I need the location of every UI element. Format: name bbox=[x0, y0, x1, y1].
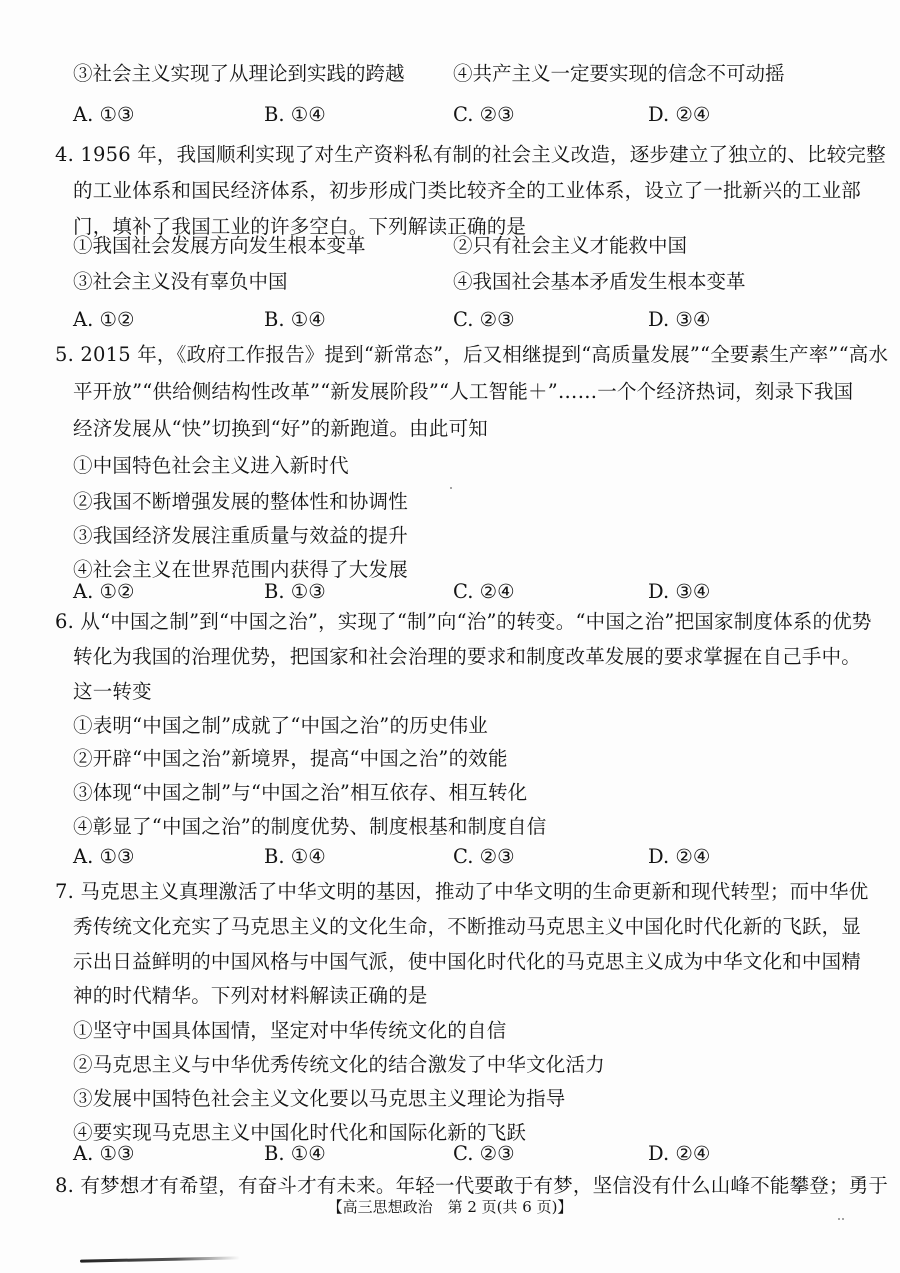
q7-stem-line-2: 秀传统文化充实了马克思主义的文化生命，不断推动马克思主义中国化时代化新的飞跃，显 bbox=[73, 913, 861, 941]
q6-stem-line-3: 这一转变 bbox=[73, 678, 152, 706]
q6-option-1: ①表明“中国之制”成就了“中国之治”的历史伟业 bbox=[73, 712, 488, 740]
q3-choice-a: A. ①③ bbox=[73, 101, 134, 129]
q7-option-1: ①坚守中国具体国情，坚定对中华传统文化的自信 bbox=[73, 1017, 506, 1045]
scan-speck bbox=[842, 1218, 844, 1220]
q6-choice-a: A. ①③ bbox=[73, 843, 134, 871]
q5-option-1: ①中国特色社会主义进入新时代 bbox=[73, 452, 349, 480]
q7-stem-line-1: 7. 马克思主义真理激活了中华文明的基因，推动了中华文明的生命更新和现代转型；而… bbox=[55, 878, 868, 906]
q7-option-3: ③发展中国特色社会主义文化要以马克思主义理论为指导 bbox=[73, 1085, 566, 1113]
q6-stem-line-1: 6. 从“中国之制”到“中国之治”，实现了“制”向“治”的转变。“中国之治”把国… bbox=[55, 608, 872, 636]
q6-option-2: ②开辟“中国之治”新境界，提高“中国之治”的效能 bbox=[73, 745, 508, 773]
exam-page: ③社会主义实现了从理论到实践的跨越 ④共产主义一定要实现的信念不可动摇 A. ①… bbox=[0, 0, 900, 1273]
q6-choice-d: D. ②④ bbox=[648, 843, 710, 871]
q3-option-3: ③社会主义实现了从理论到实践的跨越 bbox=[73, 60, 405, 88]
page-footer: 【高三思想政治 第 2 页(共 6 页)】 bbox=[0, 1196, 900, 1218]
q7-choice-a: A. ①③ bbox=[73, 1140, 134, 1168]
q3-option-4: ④共产主义一定要实现的信念不可动摇 bbox=[453, 60, 785, 88]
q3-choice-d: D. ②④ bbox=[648, 101, 710, 129]
q5-choice-b: B. ①③ bbox=[264, 578, 326, 606]
q6-option-4: ④彰显了“中国之治”的制度优势、制度根基和制度自信 bbox=[73, 813, 546, 841]
q4-option-3: ③社会主义没有辜负中国 bbox=[73, 268, 288, 296]
q6-stem-line-2: 转化为我国的治理优势，把国家和社会治理的要求和制度改革发展的要求掌握在自己手中。 bbox=[73, 643, 861, 671]
q5-choice-c: C. ②④ bbox=[453, 578, 515, 606]
q5-option-2: ②我国不断增强发展的整体性和协调性 bbox=[73, 488, 408, 516]
q7-stem-line-4: 神的时代精华。下列对材料解读正确的是 bbox=[73, 982, 428, 1010]
q5-stem-line-2: 平开放”“供给侧结构性改革”“新发展阶段”“人工智能＋”……一个个经济热词，刻录… bbox=[73, 378, 853, 406]
q7-choice-d: D. ②④ bbox=[648, 1140, 710, 1168]
scan-smudge-mark bbox=[80, 1256, 240, 1262]
q6-option-3: ③体现“中国之制”与“中国之治”相互依存、相互转化 bbox=[73, 779, 527, 807]
q5-stem-line-1: 5. 2015 年，《政府工作报告》提到“新常态”，后又相继提到“高质量发展”“… bbox=[55, 341, 888, 369]
q4-option-1: ①我国社会发展方向发生根本变革 bbox=[73, 232, 366, 260]
q7-choice-c: C. ②③ bbox=[453, 1140, 515, 1168]
q5-option-3: ③我国经济发展注重质量与效益的提升 bbox=[73, 522, 408, 550]
q4-choice-b: B. ①④ bbox=[264, 306, 326, 334]
q4-choice-d: D. ③④ bbox=[648, 306, 710, 334]
scan-speck bbox=[838, 1218, 840, 1220]
q4-choice-c: C. ②③ bbox=[453, 306, 515, 334]
q4-stem-line-2: 的工业体系和国民经济体系，初步形成门类比较齐全的工业体系，设立了一批新兴的工业部 bbox=[73, 177, 861, 205]
q6-choice-c: C. ②③ bbox=[453, 843, 515, 871]
q3-choice-c: C. ②③ bbox=[453, 101, 515, 129]
q7-choice-b: B. ①④ bbox=[264, 1140, 326, 1168]
q7-option-2: ②马克思主义与中华优秀传统文化的结合激发了中华文化活力 bbox=[73, 1051, 605, 1079]
q5-stem-line-3: 经济发展从“快”切换到“好”的新跑道。由此可知 bbox=[73, 415, 488, 443]
scan-speck bbox=[450, 487, 452, 489]
q4-stem-line-1: 4. 1956 年，我国顺利实现了对生产资料私有制的社会主义改造，逐步建立了独立… bbox=[55, 141, 886, 169]
q4-option-4: ④我国社会基本矛盾发生根本变革 bbox=[453, 268, 746, 296]
q7-stem-line-3: 示出日益鲜明的中国风格与中国气派，使中国化时代化的马克思主义成为中华文化和中国精 bbox=[73, 948, 861, 976]
q6-choice-b: B. ①④ bbox=[264, 843, 326, 871]
q4-choice-a: A. ①② bbox=[73, 306, 134, 334]
q3-choice-b: B. ①④ bbox=[264, 101, 326, 129]
q5-choice-a: A. ①② bbox=[73, 578, 134, 606]
q5-choice-d: D. ③④ bbox=[648, 578, 710, 606]
q4-option-2: ②只有社会主义才能救中国 bbox=[453, 232, 687, 260]
